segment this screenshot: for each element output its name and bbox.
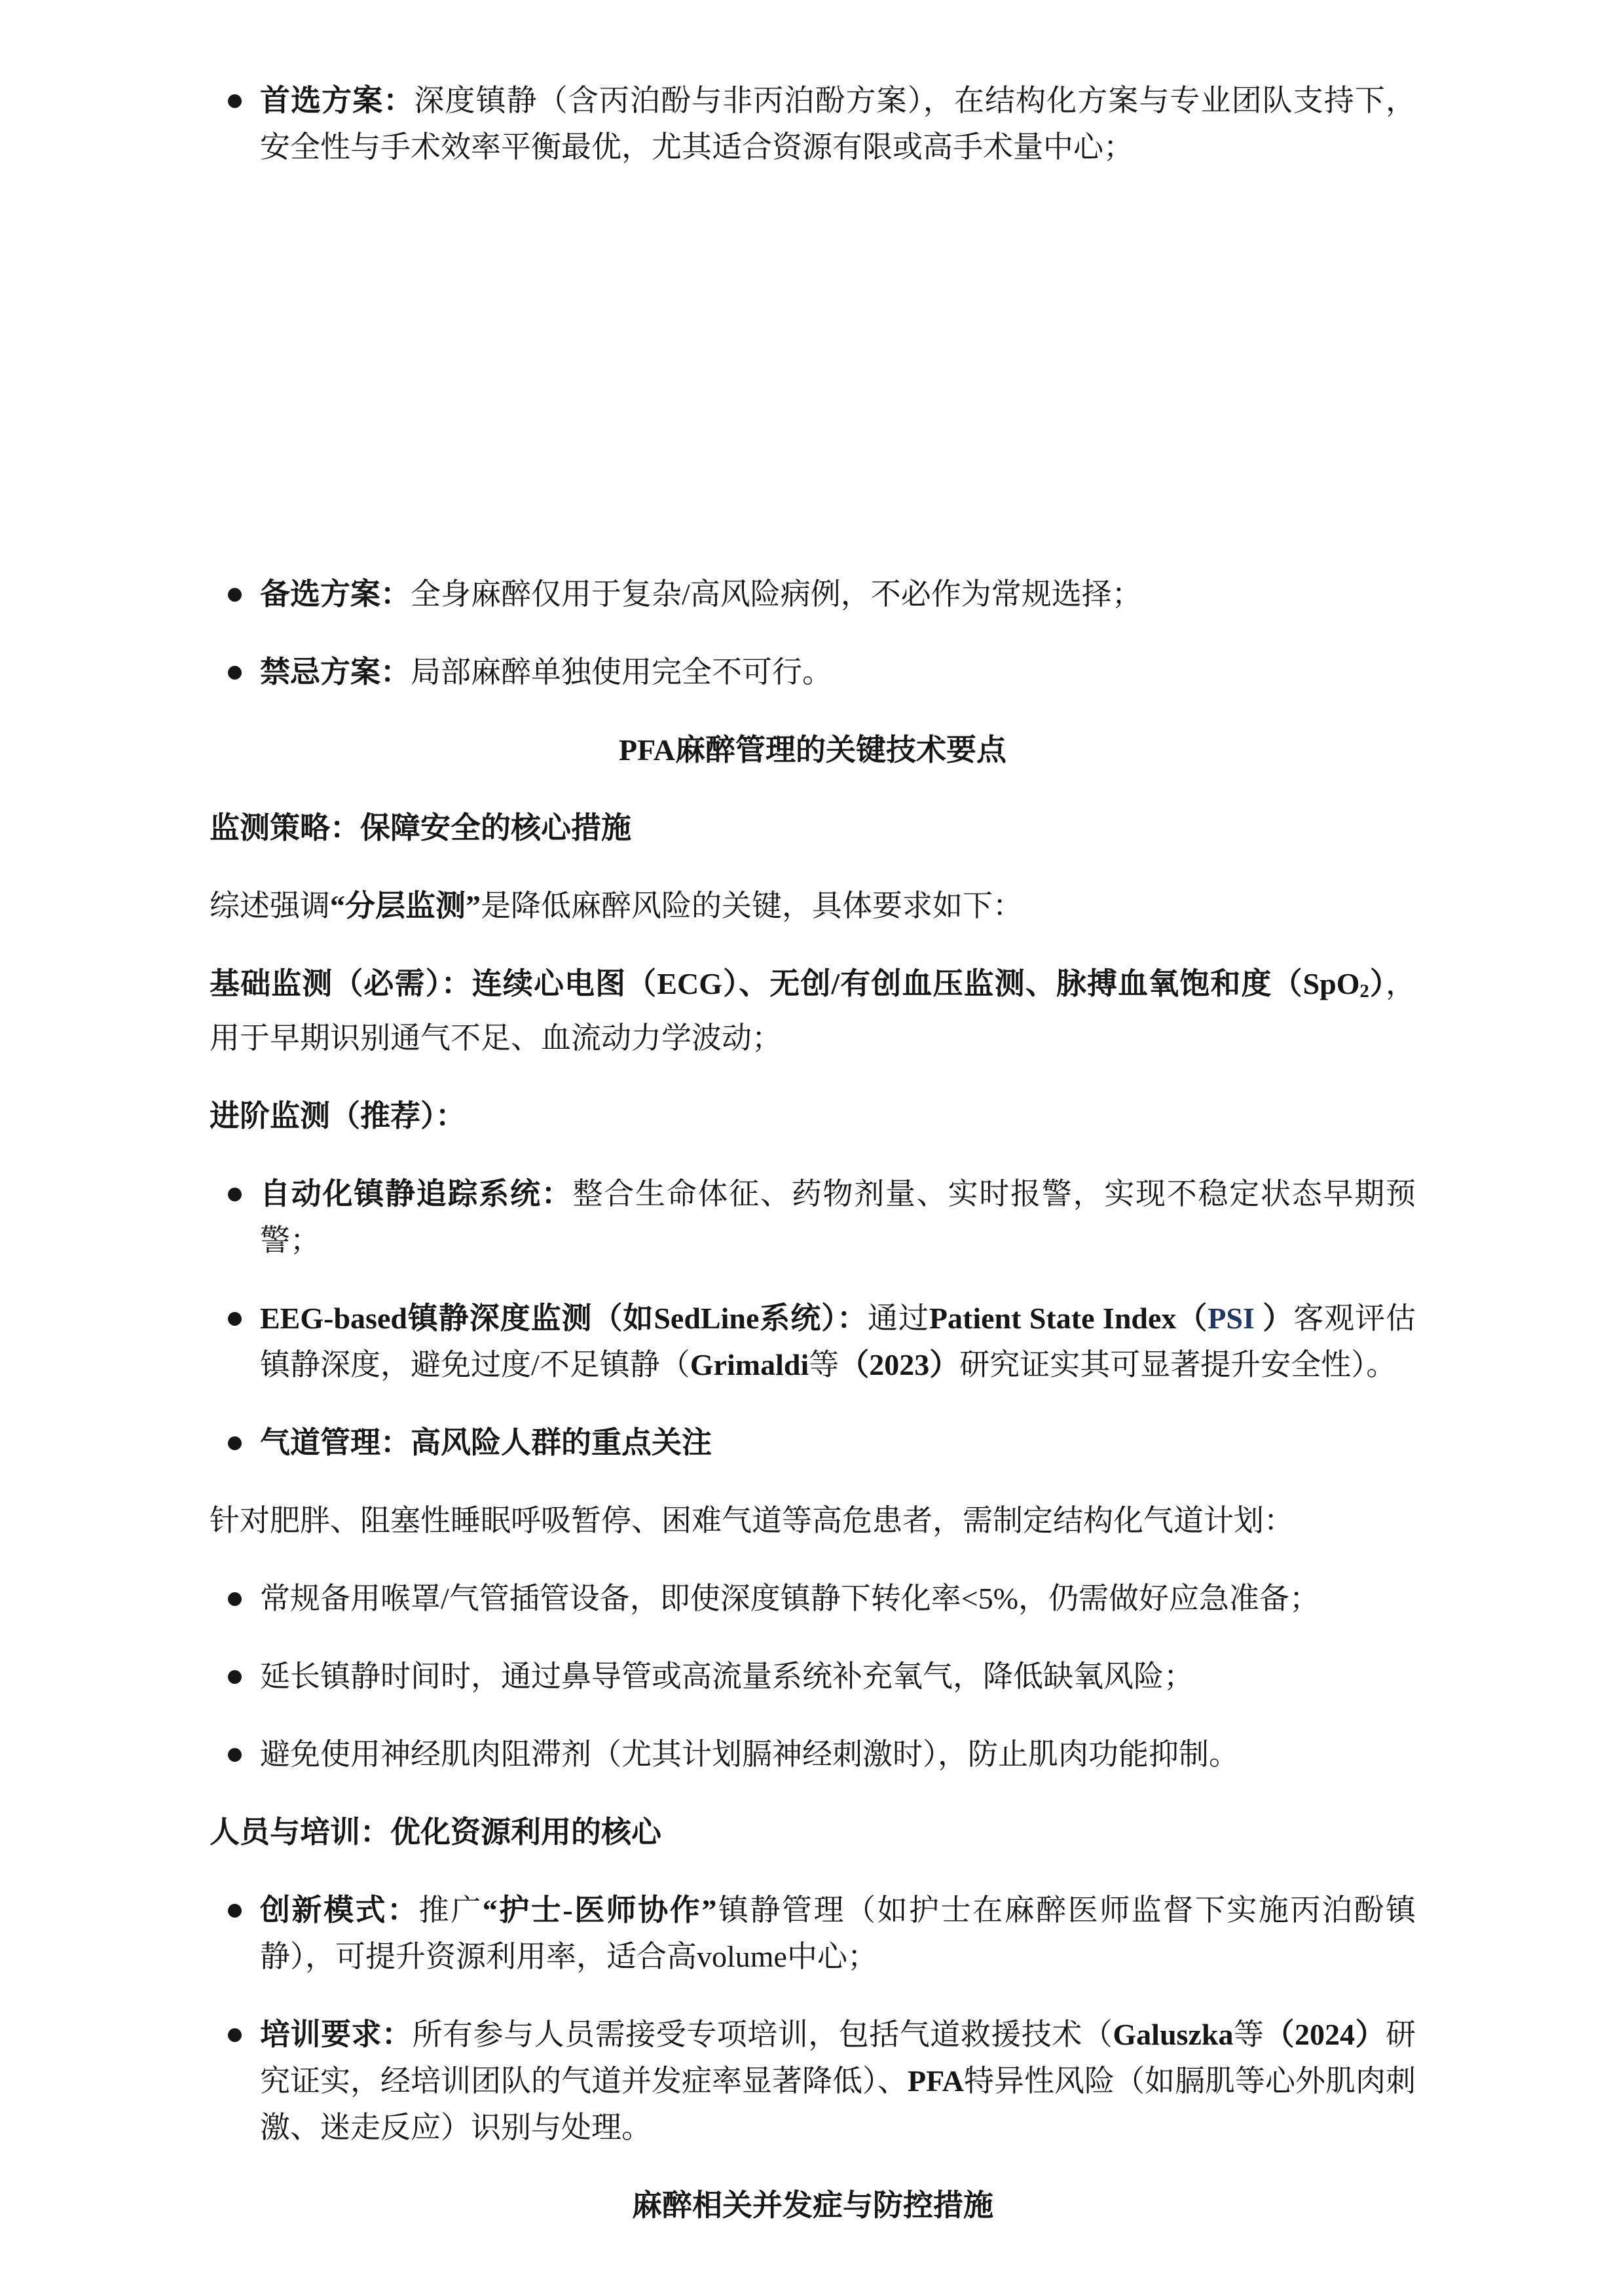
text-run: 备选方案： — [260, 577, 411, 611]
bullet-item: 培训要求：所有参与人员需接受专项培训，包括气道救援技术（Galuszka等（20… — [210, 2011, 1416, 2151]
bullet-item: 避免使用神经肌肉阻滞剂（尤其计划膈神经刺激时），防止肌肉功能抑制。 — [210, 1731, 1416, 1777]
text-run: 研究证实其可显著提升安全性）。 — [959, 1348, 1396, 1381]
text-run: 延长镇静时间时，通过鼻导管或高流量系统补充氧气，降低缺氧风险； — [260, 1660, 1194, 1693]
text-run: ） — [1369, 967, 1386, 1000]
bullet-icon — [228, 1592, 242, 1606]
text-run: 推广 — [419, 1893, 483, 1927]
bullet-item: 延长镇静时间时，通过鼻导管或高流量系统补充氧气，降低缺氧风险； — [210, 1653, 1416, 1700]
paragraph: 综述强调“分层监测”是降低麻醉风险的关键，具体要求如下： — [210, 883, 1416, 929]
text-run: 综述强调 — [210, 889, 330, 922]
bullet-icon — [228, 1904, 242, 1918]
bullet-text: 禁忌方案：局部麻醉单独使用完全不可行。 — [260, 649, 1416, 695]
text-run: 等 — [809, 1348, 839, 1381]
bullet-icon — [228, 1436, 242, 1450]
text-run: 禁忌方案： — [260, 655, 411, 689]
text-run: Patient State Index — [929, 1302, 1177, 1335]
bullet-text: 常规备用喉罩/气管插管设备，即使深度镇静下转化率<5%，仍需做好应急准备； — [260, 1575, 1416, 1622]
text-run: 监测策略：保障安全的核心措施 — [210, 811, 631, 845]
text-run: 针对肥胖、阻塞性睡眠呼吸暂停、困难气道等高危患者，需制定结构化气道计划： — [210, 1504, 1294, 1537]
text-run: PFA — [908, 2064, 964, 2098]
text-run: EEG-based镇静深度监测（如SedLine系统）： — [260, 1302, 868, 1335]
section-heading: 麻醉相关并发症与防控措施 — [210, 2182, 1416, 2229]
bullet-item: 创新模式：推广“护士-医师协作”镇静管理（如护士在麻醉医师监督下实施丙泊酚镇静）… — [210, 1887, 1416, 1980]
document-page: 首选方案：深度镇静（含丙泊酚与非丙泊酚方案），在结构化方案与专业团队支持下，安全… — [0, 0, 1624, 2296]
bullet-icon — [228, 1748, 242, 1762]
text-run: 常规备用喉罩/气管插管设备，即使深度镇静下转化率<5%，仍需做好应急准备； — [260, 1582, 1319, 1615]
text-run: 基础监测（必需）：连续心电图（ECG）、无创/有创血压监测、脉搏血氧饱和度（Sp… — [210, 967, 1360, 1000]
paragraph: 监测策略：保障安全的核心措施 — [210, 805, 1416, 851]
text-run: （ — [1176, 1302, 1208, 1335]
text-run: 气道管理：高风险人群的重点关注 — [260, 1426, 712, 1459]
section-heading: PFA麻醉管理的关键技术要点 — [210, 727, 1416, 773]
paragraph: 基础监测（必需）：连续心电图（ECG）、无创/有创血压监测、脉搏血氧饱和度（Sp… — [210, 960, 1416, 1061]
text-run: Grimaldi — [690, 1348, 809, 1381]
bullet-text: 自动化镇静追踪系统：整合生命体征、药物剂量、实时报警，实现不稳定状态早期预警； — [260, 1171, 1416, 1264]
text-run: ） — [1255, 1302, 1293, 1335]
bullet-text: EEG-based镇静深度监测（如SedLine系统）：通过Patient St… — [260, 1295, 1416, 1388]
text-run: 通过 — [868, 1302, 929, 1335]
text-run: 等 — [1233, 2018, 1264, 2051]
text-run: 深度镇静（含丙泊酚与非丙泊酚方案），在结构化方案与专业团队支持下，安全性与手术效… — [260, 84, 1416, 164]
text-run: 首选方案： — [260, 84, 414, 117]
text-run: 所有参与人员需接受专项培训，包括气道救援技术（ — [413, 2018, 1113, 2051]
bullet-item: 气道管理：高风险人群的重点关注 — [210, 1419, 1416, 1466]
text-run: 2 — [1360, 981, 1369, 1002]
bullet-item: 备选方案：全身麻醉仅用于复杂/高风险病例，不必作为常规选择； — [210, 571, 1416, 617]
bullet-text: 避免使用神经肌肉阻滞剂（尤其计划膈神经刺激时），防止肌肉功能抑制。 — [260, 1731, 1416, 1777]
text-run: 是降低麻醉风险的关键，具体要求如下： — [481, 889, 1023, 922]
bullet-text: 首选方案：深度镇静（含丙泊酚与非丙泊酚方案），在结构化方案与专业团队支持下，安全… — [260, 77, 1416, 170]
bullet-icon — [228, 588, 242, 602]
bullet-icon — [228, 1670, 242, 1684]
bullet-text: 延长镇静时间时，通过鼻导管或高流量系统补充氧气，降低缺氧风险； — [260, 1653, 1416, 1700]
text-run: 麻醉相关并发症与防控措施 — [632, 2189, 993, 2222]
text-run: 局部麻醉单独使用完全不可行。 — [411, 655, 832, 689]
text-run: Galuszka — [1113, 2018, 1233, 2051]
bullet-icon — [228, 94, 242, 108]
text-run: 培训要求： — [260, 2018, 413, 2051]
bullet-item: 常规备用喉罩/气管插管设备，即使深度镇静下转化率<5%，仍需做好应急准备； — [210, 1575, 1416, 1622]
bullet-icon — [228, 1188, 242, 1201]
bullet-item: EEG-based镇静深度监测（如SedLine系统）：通过Patient St… — [210, 1295, 1416, 1388]
text-run: 进阶监测（推荐）： — [210, 1099, 466, 1133]
bullet-icon — [228, 1312, 242, 1326]
bullet-item: 首选方案：深度镇静（含丙泊酚与非丙泊酚方案），在结构化方案与专业团队支持下，安全… — [210, 77, 1416, 170]
text-run: （2023） — [839, 1348, 959, 1381]
text-run: 自动化镇静追踪系统： — [260, 1177, 573, 1211]
text-run: （2024） — [1264, 2018, 1386, 2051]
paragraph: 人员与培训：优化资源利用的核心 — [210, 1809, 1416, 1855]
text-run: “分层监测” — [330, 889, 481, 922]
paragraph: 进阶监测（推荐）： — [210, 1093, 1416, 1139]
text-run: 全身麻醉仅用于复杂/高风险病例，不必作为常规选择； — [411, 577, 1142, 611]
text-run: PFA麻醉管理的关键技术要点 — [619, 733, 1006, 767]
bullet-item: 禁忌方案：局部麻醉单独使用完全不可行。 — [210, 649, 1416, 695]
text-run: 避免使用神经肌肉阻滞剂（尤其计划膈神经刺激时），防止肌肉功能抑制。 — [260, 1738, 1239, 1771]
bullet-text: 培训要求：所有参与人员需接受专项培训，包括气道救援技术（Galuszka等（20… — [260, 2011, 1416, 2151]
bullet-icon — [228, 2028, 242, 2042]
bullet-text: 备选方案：全身麻醉仅用于复杂/高风险病例，不必作为常规选择； — [260, 571, 1416, 617]
text-run: 创新模式： — [260, 1893, 419, 1927]
text-run: PSI — [1208, 1302, 1255, 1335]
bullet-icon — [228, 666, 242, 680]
bullet-text: 气道管理：高风险人群的重点关注 — [260, 1419, 1416, 1466]
paragraph: 针对肥胖、阻塞性睡眠呼吸暂停、困难气道等高危患者，需制定结构化气道计划： — [210, 1497, 1416, 1544]
text-run: 人员与培训：优化资源利用的核心 — [210, 1815, 661, 1849]
text-run: “护士-医师协作” — [483, 1893, 717, 1927]
bullet-text: 创新模式：推广“护士-医师协作”镇静管理（如护士在麻醉医师监督下实施丙泊酚镇静）… — [260, 1887, 1416, 1980]
bullet-item: 自动化镇静追踪系统：整合生命体征、药物剂量、实时报警，实现不稳定状态早期预警； — [210, 1171, 1416, 1264]
